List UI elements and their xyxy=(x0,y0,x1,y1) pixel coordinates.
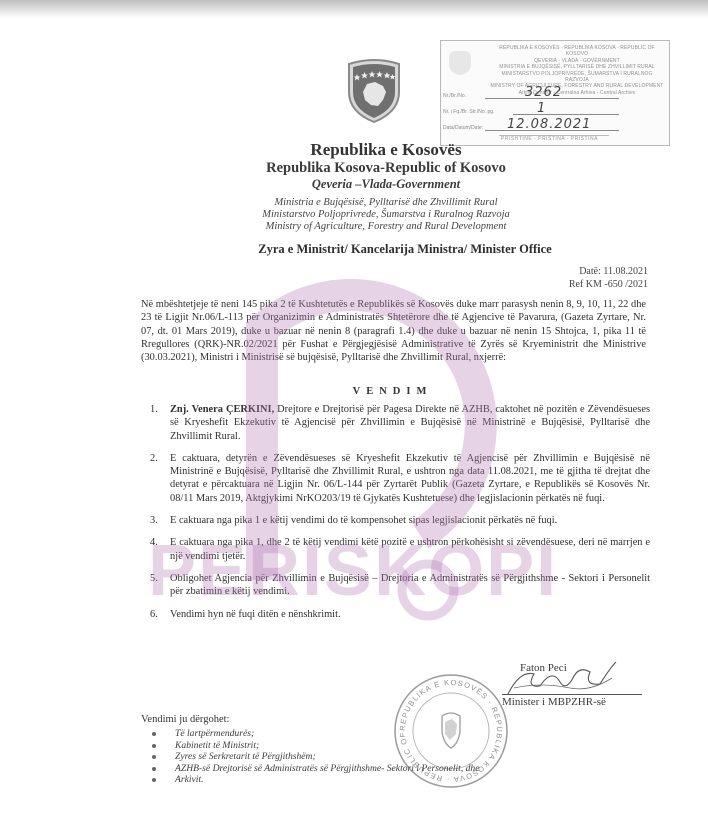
stamp-line xyxy=(513,114,619,115)
distribution-recipient: Të lartpërmendurës; xyxy=(150,728,479,740)
distribution-recipient: AZHB-së Drejtorisë së Administratës së P… xyxy=(150,763,479,775)
item-text: Obligohet Agjencia për Zhvillimin e Bujq… xyxy=(170,573,650,597)
stamp-number-label: Nr./Br./No. xyxy=(443,93,466,99)
stamp-header-line: MINISTARSTVO POLJOPRIVREDE, ŠUMARSTVA I … xyxy=(489,71,665,84)
distribution-recipient: Arkivit. xyxy=(150,774,479,786)
item-text: E caktuara, detyrën e Zëvendësueses së K… xyxy=(170,453,650,504)
ministry-name-sq: Ministria e Bujqësisë, Pylltarisë dhe Zh… xyxy=(200,197,572,209)
ministry-names: Ministria e Bujqësisë, Pylltarisë dhe Zh… xyxy=(200,197,572,233)
item-number: 5. xyxy=(150,572,158,585)
header-government: Qeveria –Vlada-Government xyxy=(200,177,572,192)
stamp-number-value: 3262 xyxy=(525,85,562,100)
document-date: Datë: 11.08.2021 xyxy=(569,266,648,279)
decision-item: 5.Obligohet Agjencia për Zhvillimin e Bu… xyxy=(150,572,650,599)
distribution-title: Vendimi ju dërgohet: xyxy=(141,714,229,725)
item-number: 6. xyxy=(150,608,158,621)
item-number: 2. xyxy=(150,452,158,465)
decision-item: 6.Vendimi hyn në fuqi ditën e nënshkrimi… xyxy=(150,608,650,621)
date-ref-block: Datë: 11.08.2021 Ref KM -650 /2021 xyxy=(569,266,648,291)
item-number: 3. xyxy=(150,514,158,527)
item-text: Vendimi hyn në fuqi ditën e nënshkrimit. xyxy=(170,609,341,620)
stamp-crest-icon xyxy=(449,51,471,75)
item-bold-text: Znj. Venera ÇERKINI, xyxy=(170,404,274,415)
preamble-paragraph: Në mbështetjeje të neni 145 pika 2 të Ku… xyxy=(141,298,646,364)
item-number: 4. xyxy=(150,536,158,549)
header-title: Republika e Kosovës xyxy=(200,140,572,160)
decision-item: 1.Znj. Venera ÇERKINI, Drejtore e Drejto… xyxy=(150,403,650,443)
kosovo-coat-of-arms-icon xyxy=(345,58,403,124)
stamp-header-line: MINISTRIA E BUJQËSISË, PYLLTARISË DHE ZH… xyxy=(489,64,665,70)
stamp-date-label: Data/Datum/Date: xyxy=(443,125,483,131)
decision-item: 3.E caktuara nga pika 1 e këtij vendimi … xyxy=(150,514,650,527)
ministry-name-sr: Ministarstvo Poljoprivrede, Šumarstva i … xyxy=(200,209,572,221)
distribution-recipient: Zyres së Serkretarit të Përgjithshëm; xyxy=(150,751,479,763)
stamp-date-row: Data/Datum/Date: 12.08.2021 xyxy=(443,117,665,133)
item-text: E caktuara nga pika 1, dhe 2 të këtij ve… xyxy=(170,537,650,561)
decision-items: 1.Znj. Venera ÇERKINI, Drejtore e Drejto… xyxy=(150,403,650,630)
document-ref: Ref KM -650 /2021 xyxy=(569,279,648,292)
decision-item: 2.E caktuara, detyrën e Zëvendësueses së… xyxy=(150,452,650,505)
office-title: Zyra e Ministrit/ Kancelarija Ministra/ … xyxy=(195,242,615,257)
signature-line xyxy=(502,694,642,695)
item-text: E caktuara nga pika 1 e këtij vendimi do… xyxy=(170,515,557,526)
header-subtitle: Republika Kosova-Republic of Kosovo xyxy=(200,160,572,177)
stamp-date-value: 12.08.2021 xyxy=(507,117,591,132)
decision-item: 4.E caktuara nga pika 1, dhe 2 të këtij … xyxy=(150,536,650,563)
signatory-name: Faton Peci xyxy=(520,662,567,674)
decision-title: VENDIM xyxy=(140,386,645,397)
scan-top-shadow xyxy=(0,0,708,18)
distribution-list: Të lartpërmendurës; Kabinetit të Ministr… xyxy=(150,728,479,786)
stamp-number-row: Nr./Br./No. 3262 xyxy=(443,85,665,101)
distribution-recipient: Kabinetit të Ministrit; xyxy=(150,740,479,752)
stamp-header-line: REPUBLIKA E KOSOVËS · REPUBLIKA KOSOVA ·… xyxy=(489,45,665,58)
stamp-pages-row: Nr. i Fq./Br. Str./No. pg. 1 xyxy=(443,101,665,117)
ministry-name-en: Ministry of Agriculture, Forestry and Ru… xyxy=(200,221,572,233)
stamp-pages-value: 1 xyxy=(537,101,546,116)
signature-block: Faton Peci Minister i MBPZHR-së xyxy=(480,656,660,716)
registry-stamp: REPUBLIKA E KOSOVËS · REPUBLIKA KOSOVA ·… xyxy=(440,40,670,146)
stamp-pages-label: Nr. i Fq./Br. Str./No. pg. xyxy=(443,109,494,115)
signatory-title: Minister i MBPZHR-së xyxy=(502,696,606,708)
item-number: 1. xyxy=(150,403,158,416)
